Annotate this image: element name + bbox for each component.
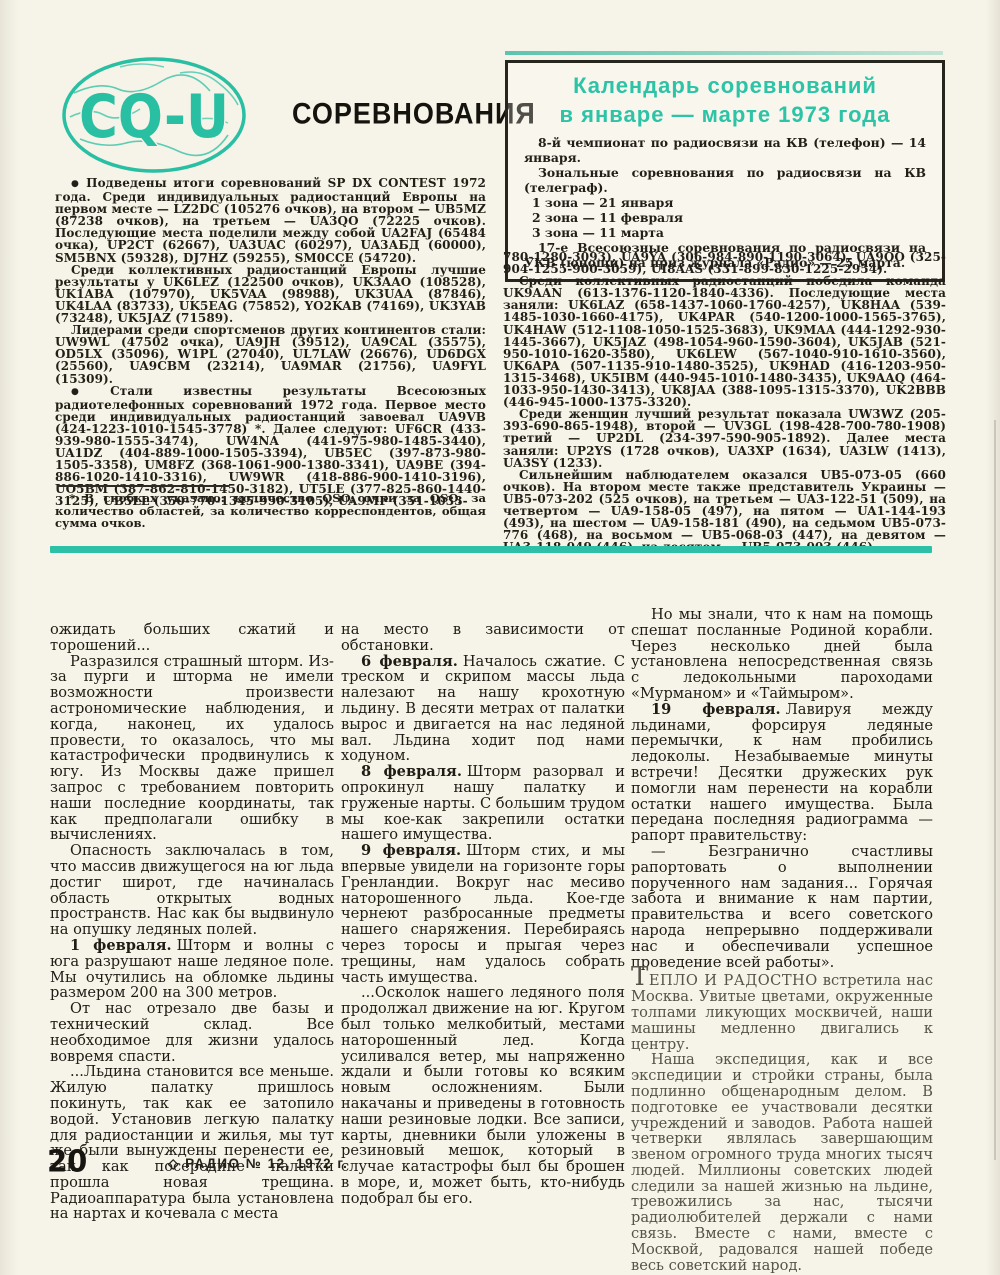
article-paragraph: Наша экспедиция, как и все экспедиции и … <box>631 1052 933 1273</box>
footnote: * В скобках указано: количество QSO, очк… <box>55 492 486 530</box>
article-paragraph: на место в зависимости от обстановки. <box>341 622 625 654</box>
paragraph-text: ...Осколок нашего ледяного поля продолжа… <box>341 984 625 1206</box>
page-edge-line <box>994 420 996 1160</box>
results-column-right: 780-1280-3093), UA9YA (306-984-890-1190-… <box>503 251 946 553</box>
results-paragraph: Лидерами среди спортсменов других контин… <box>55 324 486 384</box>
globe-ellipse-graphic: CQ-U <box>60 55 248 175</box>
article-paragraph: Опасность заключалась в том, что массив … <box>50 843 334 938</box>
date-lead: 19 февраля. <box>651 701 781 718</box>
results-paragraph: Среди женщин лучший результат показала U… <box>503 408 946 468</box>
paragraph-text: Среди коллективных радиостанций победила… <box>503 274 946 409</box>
paragraph-text: От нас отрезало две базы и технический с… <box>50 1000 334 1064</box>
paragraph-text: Подведены итоги соревнований SP DX CONTE… <box>55 176 486 265</box>
results-column-left: ●Подведены итоги соревнований SP DX CONT… <box>55 177 486 508</box>
paragraph-text: на место в зависимости от обстановки. <box>341 621 625 654</box>
date-lead: 9 февраля. <box>361 842 461 859</box>
magazine-page: CQ-U СОРЕВНОВАНИЯ Календарь соревнований… <box>0 0 1000 1275</box>
article-paragraph: 19 февраля.Лавируя между льдинами, форси… <box>631 702 933 844</box>
opener-lead: ТЕПЛО И РАДОСТНО <box>631 972 818 989</box>
calendar-item: Зональные соревнования по радиосвязи на … <box>524 165 926 195</box>
date-lead: 8 февраля. <box>361 763 462 780</box>
logo-text: CQ-U <box>79 82 229 152</box>
calendar-item: 8-й чемпионат по радиосвязи на КВ (телеф… <box>524 135 926 165</box>
teal-smudge-rule <box>505 51 943 55</box>
article-paragraph: ТЕПЛО И РАДОСТНОвстретила нас Москва. Ув… <box>631 970 933 1052</box>
paragraph-text: Среди коллективных радиостанций Европы л… <box>55 263 486 325</box>
results-paragraph: Среди коллективных радиостанций Европы л… <box>55 264 486 324</box>
paragraph-text: Шторм стих, и мы впервые увидели на гори… <box>341 842 625 985</box>
paragraph-text: — Безгранично счастливы рапортовать о вы… <box>631 843 933 971</box>
article-paragraph: 8 февраля.Шторм разорвал и опрокинул наш… <box>341 764 625 843</box>
page-number: 20 <box>47 1143 87 1179</box>
calendar-item: 3 зона — 11 марта <box>524 225 926 240</box>
teal-divider-bar <box>50 546 932 553</box>
article-paragraph: ожидать больших сжатий и торошений... <box>50 622 334 654</box>
calendar-title-line1: Календарь соревнований <box>524 71 926 100</box>
calendar-item: 2 зона — 11 февраля <box>524 210 926 225</box>
article-paragraph: От нас отрезало две базы и технический с… <box>50 1001 334 1064</box>
cq-u-logo: CQ-U <box>60 55 248 175</box>
article-paragraph: ...Осколок нашего ледяного поля продолжа… <box>341 985 625 1206</box>
calendar-box: Календарь соревнований в январе — марте … <box>505 60 945 282</box>
calendar-title-line2: в январе — марте 1973 года <box>524 100 926 129</box>
paragraph-text: Опасность заключалась в том, что массив … <box>50 842 334 938</box>
article-column-1: ожидать больших сжатий и торошений... Ра… <box>50 622 334 1222</box>
paragraph-text: Наша экспедиция, как и все экспедиции и … <box>631 1051 933 1273</box>
article-paragraph: 9 февраля.Шторм стих, и мы впервые увиде… <box>341 843 625 985</box>
article-paragraph: Но мы знали, что к нам на помощь спешат … <box>631 607 933 702</box>
article-paragraph: 6 февраля.Началось сжатие. С треском и с… <box>341 654 625 765</box>
paragraph-text: Лидерами среди спортсменов других контин… <box>55 323 486 385</box>
article-paragraph: ...Льдина становится все меньше. Жилую п… <box>50 1064 334 1222</box>
paragraph-text: Сильнейшим наблюдателем оказался UB5-073… <box>503 468 946 555</box>
calendar-item: 1 зона — 21 января <box>524 195 926 210</box>
results-paragraph: Среди коллективных радиостанций победила… <box>503 275 946 408</box>
article-paragraph: 1 февраля.Шторм и волны с юга разрушают … <box>50 938 334 1001</box>
article-paragraph: — Безгранично счастливы рапортовать о вы… <box>631 844 933 970</box>
results-paragraph: 780-1280-3093), UA9YA (306-984-890-1190-… <box>503 251 946 275</box>
paragraph-text: Началось сжатие. С треском и скрипом мас… <box>341 653 625 765</box>
date-lead: 6 февраля. <box>361 653 458 670</box>
results-paragraph: Сильнейшим наблюдателем оказался UB5-073… <box>503 469 946 554</box>
paragraph-text: 780-1280-3093), UA9YA (306-984-890-1190-… <box>503 250 946 276</box>
results-paragraph: ●Подведены итоги соревнований SP DX CONT… <box>55 177 486 264</box>
paragraph-text: Разразился страшный шторм. Из-за пурги и… <box>50 653 334 844</box>
paragraph-text: Лавируя между льдинами, форсируя ледяные… <box>631 701 933 844</box>
bullet-icon: ● <box>71 179 81 189</box>
paragraph-text: Среди женщин лучший результат показала U… <box>503 407 946 469</box>
results-paragraph: ●Стали известны результаты Всесоюзных ра… <box>55 385 486 508</box>
article-paragraph: Разразился страшный шторм. Из-за пурги и… <box>50 654 334 844</box>
paragraph-text: Но мы знали, что к нам на помощь спешат … <box>631 606 933 702</box>
journal-reference: ◇ РАДИО № 12, 1972 г. <box>168 1156 348 1172</box>
page-title: СОРЕВНОВАНИЯ <box>292 98 536 131</box>
bullet-icon: ● <box>71 387 105 397</box>
paragraph-text: ожидать больших сжатий и торошений... <box>50 621 334 654</box>
article-column-2: на место в зависимости от обстановки. 6 … <box>341 622 625 1206</box>
footnote-rule <box>57 485 229 487</box>
article-column-3: Но мы знали, что к нам на помощь спешат … <box>631 607 933 1273</box>
paragraph-text: ...Льдина становится все меньше. Жилую п… <box>50 1063 334 1222</box>
date-lead: 1 февраля. <box>70 937 172 954</box>
paragraph-text: Стали известны результаты Всесоюзных рад… <box>55 384 486 509</box>
